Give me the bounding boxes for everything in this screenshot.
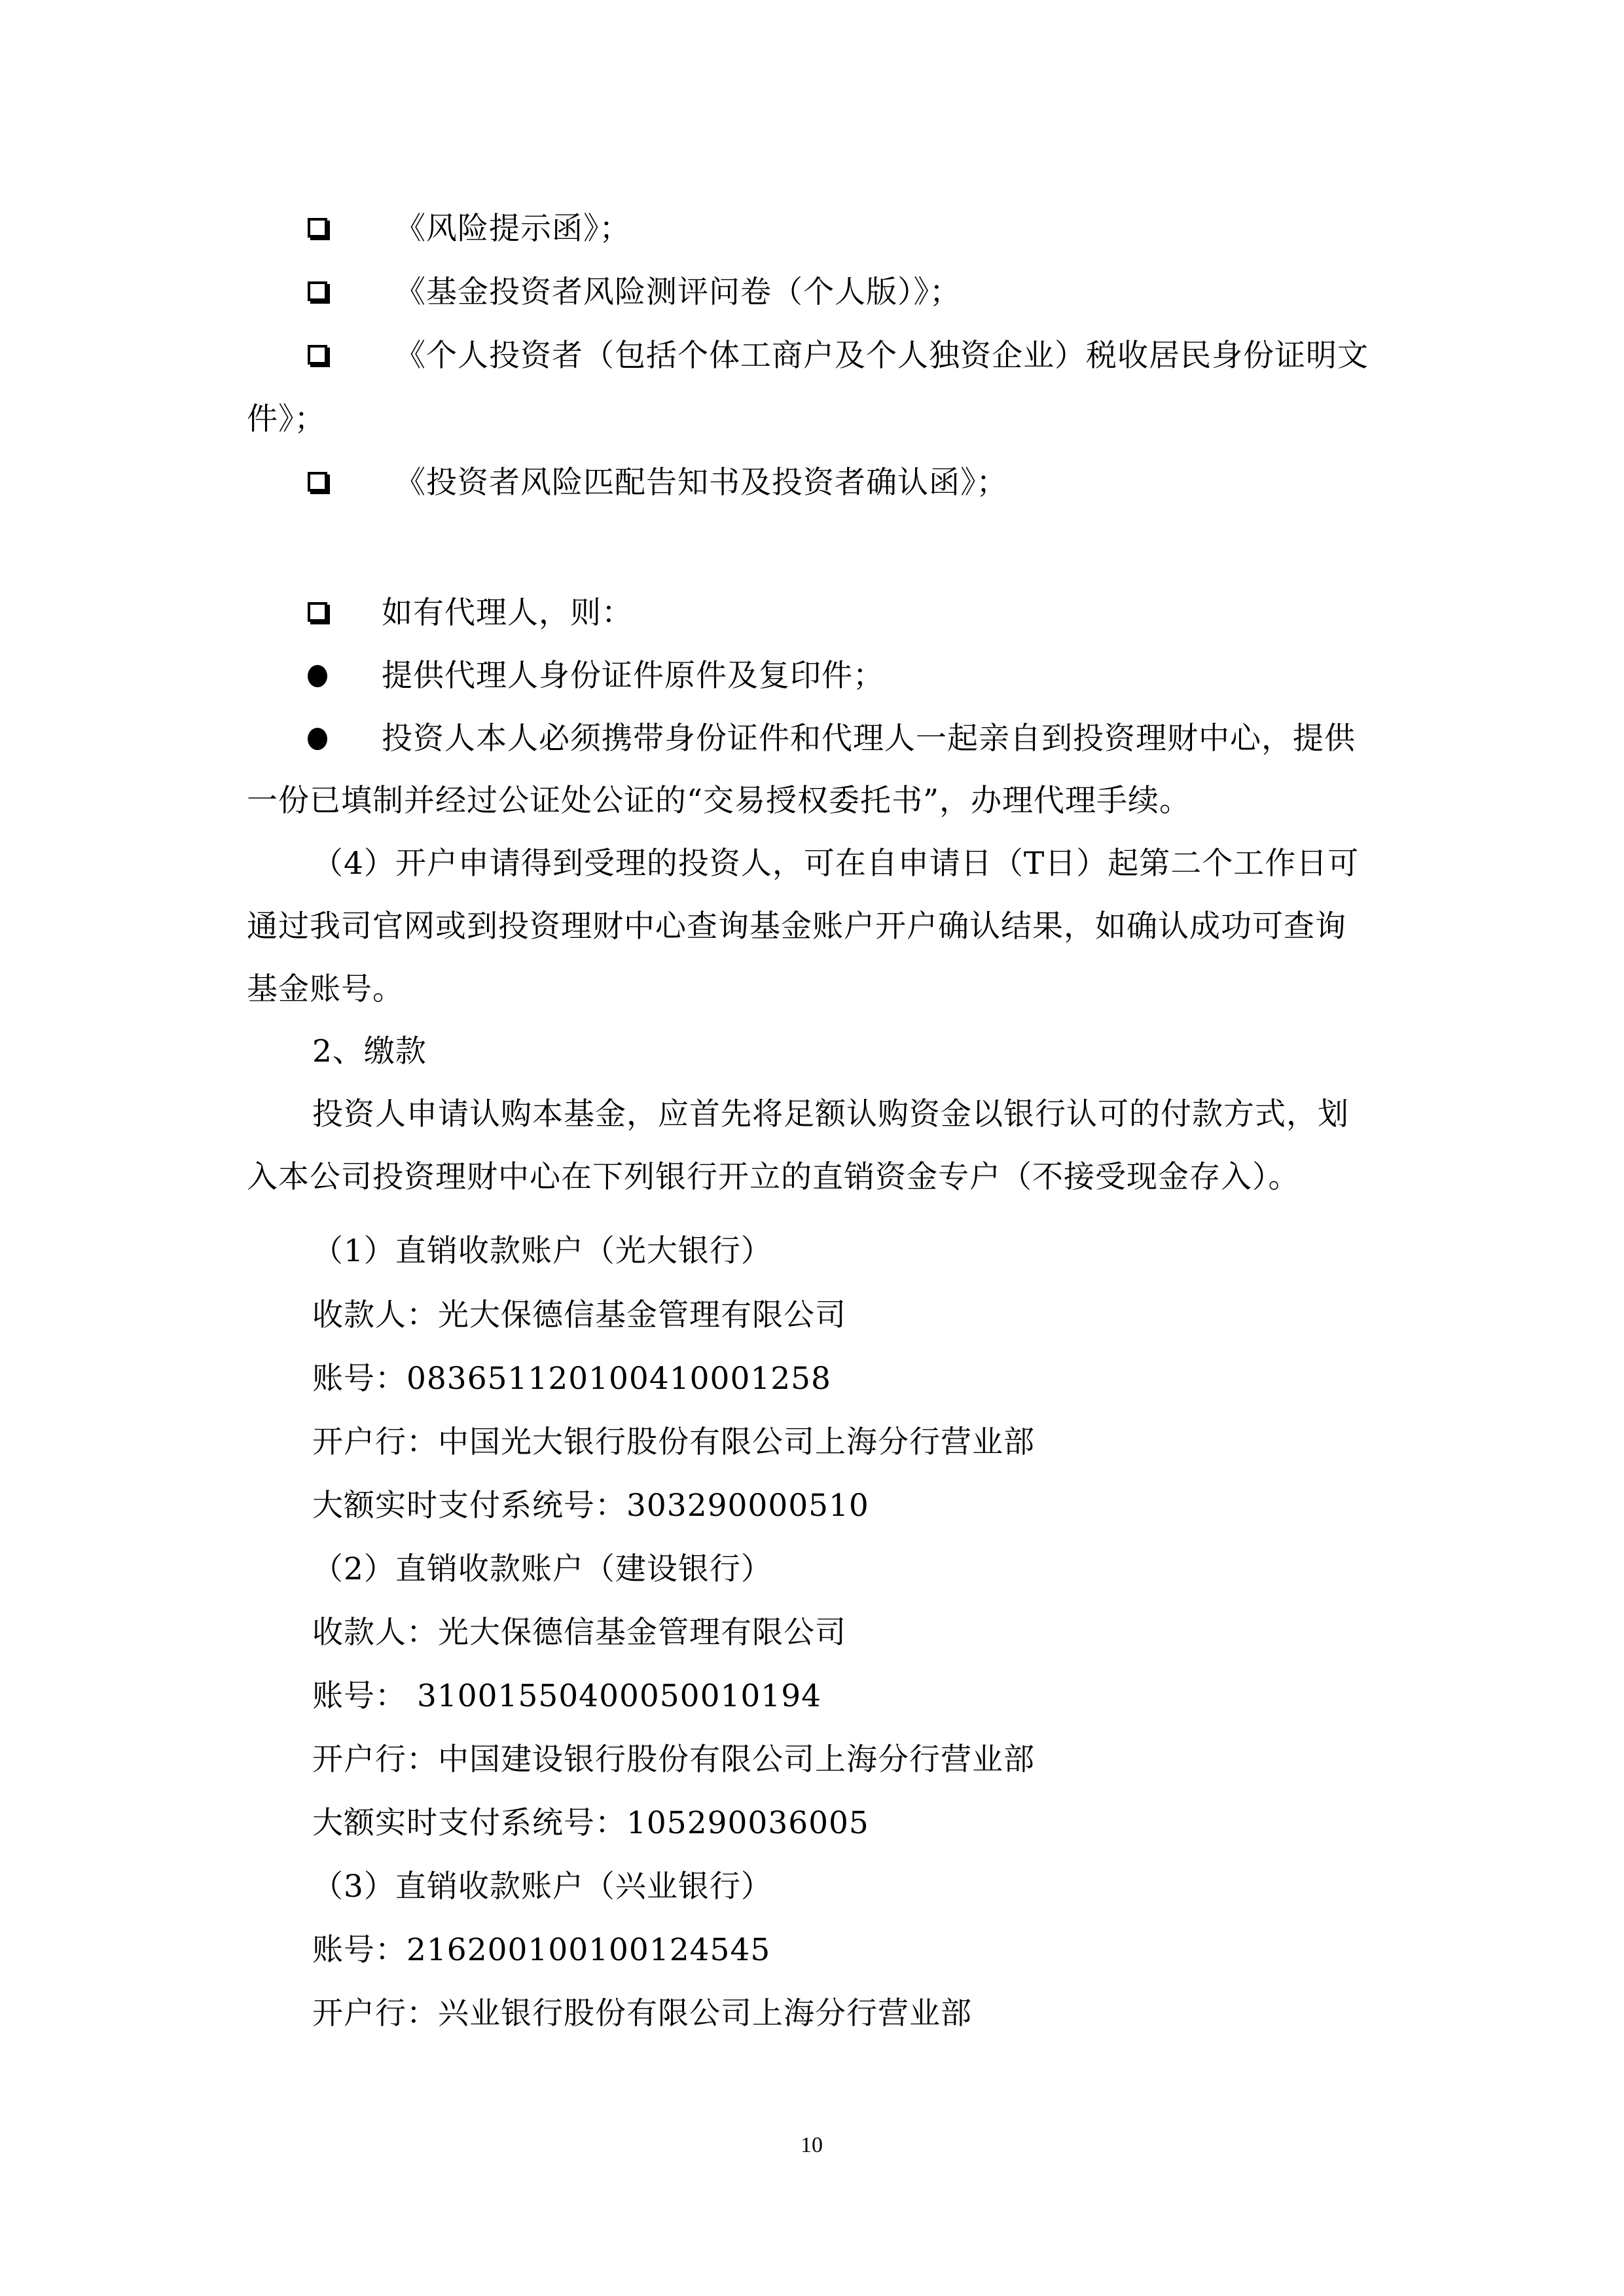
checklist-item: 《投资者风险匹配告知书及投资者确认函》； xyxy=(247,452,1386,514)
step4-line: 基金账号。 xyxy=(247,958,1386,1021)
account-bank: 开户行：兴业银行股份有限公司上海分行营业部 xyxy=(312,1982,1451,2045)
checklist-item: 《风险提示函》； xyxy=(247,198,1386,260)
agent-heading-text: 如有代理人，则： xyxy=(382,582,633,645)
checkbox-icon xyxy=(308,281,327,301)
checklist-item: 《基金投资者风险测评问卷（个人版）》； xyxy=(247,261,1386,324)
account-bank: 开户行：中国光大银行股份有限公司上海分行营业部 xyxy=(312,1411,1451,1474)
bullet-icon xyxy=(308,728,327,750)
account-rtgs-number: 大额实时支付系统号：105290036005 xyxy=(312,1792,1451,1855)
account-payee: 收款人：光大保德信基金管理有限公司 xyxy=(312,1284,1451,1347)
account-number: 账号：083651120100410001258 xyxy=(312,1348,1451,1410)
payment-intro-line: 入本公司投资理财中心在下列银行开立的直销资金专户（不接受现金存入）。 xyxy=(247,1146,1386,1209)
step4-line: 通过我司官网或到投资理财中心查询基金账户开户确认结果，如确认成功可查询 xyxy=(247,895,1386,958)
account-title: （3）直销收款账户（兴业银行） xyxy=(312,1856,1451,1918)
checklist-item-continuation: 件》； xyxy=(247,388,1386,451)
agent-bullet-text: 提供代理人身份证件原件及复印件； xyxy=(382,645,884,708)
account-title: （2）直销收款账户（建设银行） xyxy=(312,1538,1451,1601)
checklist-item-text: 《风险提示函》； xyxy=(395,198,631,260)
document-page: 《风险提示函》； 《基金投资者风险测评问卷（个人版）》； 《个人投资者（包括个体… xyxy=(0,0,1624,2296)
payment-heading: 2、缴款 xyxy=(312,1020,1451,1083)
account-title: （1）直销收款账户（光大银行） xyxy=(312,1220,1451,1283)
checkbox-icon xyxy=(308,218,327,238)
checkbox-icon xyxy=(308,345,327,365)
account-number: 账号： 31001550400050010194 xyxy=(312,1665,1451,1728)
checklist-item-text: 《基金投资者风险测评问卷（个人版）》； xyxy=(395,261,961,324)
checklist-item: 《个人投资者（包括个体工商户及个人独资企业）税收居民身份证明文 xyxy=(247,325,1386,387)
payment-intro-line: 投资人申请认购本基金，应首先将足额认购资金以银行认可的付款方式，划 xyxy=(312,1083,1451,1146)
account-rtgs-number: 大额实时支付系统号：303290000510 xyxy=(312,1475,1451,1537)
checkbox-icon xyxy=(308,472,327,492)
agent-bullet: 投资人本人必须携带身份证件和代理人一起亲自到投资理财中心，提供 xyxy=(247,708,1386,770)
bullet-icon xyxy=(308,665,327,687)
step4-line: （4）开户申请得到受理的投资人，可在自申请日（T日）起第二个工作日可 xyxy=(312,833,1451,895)
agent-bullet-text: 投资人本人必须携带身份证件和代理人一起亲自到投资理财中心，提供 xyxy=(382,708,1356,770)
account-bank: 开户行：中国建设银行股份有限公司上海分行营业部 xyxy=(312,1729,1451,1791)
checkbox-icon xyxy=(308,602,327,622)
checklist-item-text: 《个人投资者（包括个体工商户及个人独资企业）税收居民身份证明文 xyxy=(395,325,1369,387)
account-payee: 收款人：光大保德信基金管理有限公司 xyxy=(312,1602,1451,1664)
agent-bullet-continuation: 一份已填制并经过公证处公证的“交易授权委托书”，办理代理手续。 xyxy=(247,770,1386,833)
page-number: 10 xyxy=(772,2132,851,2159)
checklist-item-text: 《投资者风险匹配告知书及投资者确认函》； xyxy=(395,452,1008,514)
account-number: 账号：216200100100124545 xyxy=(312,1919,1451,1982)
agent-bullet: 提供代理人身份证件原件及复印件； xyxy=(247,645,1386,708)
agent-heading: 如有代理人，则： xyxy=(247,582,1386,645)
